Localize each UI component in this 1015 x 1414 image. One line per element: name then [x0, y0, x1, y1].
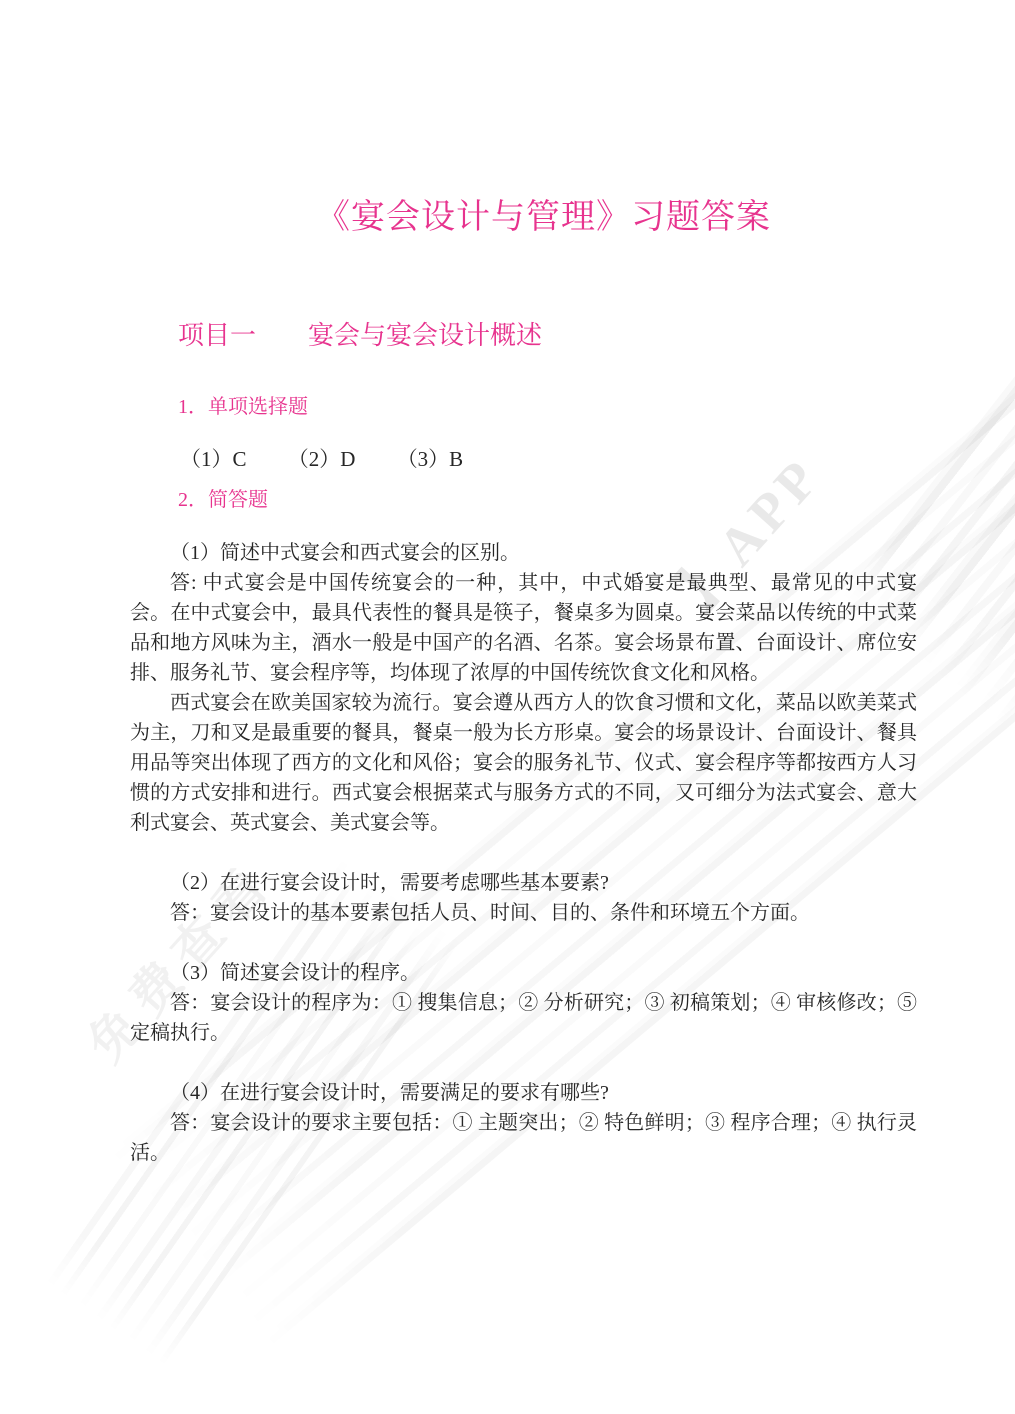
subsection-heading-short-answer: 2．简答题: [178, 486, 917, 514]
question-1: （1）简述中式宴会和西式宴会的区别。: [130, 538, 917, 568]
answer-4: 答：宴会设计的要求主要包括：① 主题突出；② 特色鲜明；③ 程序合理；④ 执行灵…: [130, 1108, 917, 1168]
choice-answer-2: （2）D: [288, 444, 356, 474]
document-content: 《宴会设计与管理》习题答案 项目一 宴会与宴会设计概述 1．单项选择题 （1）C…: [130, 0, 917, 1168]
question-3: （3）简述宴会设计的程序。: [130, 958, 917, 988]
section-heading-project-1: 项目一 宴会与宴会设计概述: [178, 318, 917, 354]
answer-3: 答：宴会设计的程序为：① 搜集信息；② 分析研究；③ 初稿策划；④ 审核修改；⑤…: [130, 988, 917, 1048]
choice-answers-row: （1）C （2）D （3）B: [180, 444, 917, 474]
answer-1-paragraph-1: 答: 中式宴会是中国传统宴会的一种，其中，中式婚宴是最典型、最常见的中式宴会。在…: [130, 568, 917, 688]
question-2: （2）在进行宴会设计时，需要考虑哪些基本要素?: [130, 868, 917, 898]
answer-2: 答：宴会设计的基本要素包括人员、时间、目的、条件和环境五个方面。: [130, 898, 917, 928]
question-4: （4）在进行宴会设计时，需要满足的要求有哪些?: [130, 1078, 917, 1108]
answer-1-paragraph-2: 西式宴会在欧美国家较为流行。宴会遵从西方人的饮食习惯和文化，菜品以欧美菜式为主，…: [130, 688, 917, 838]
document-page: 免费查看 】APP 《宴会设计与管理》习题答案 项目一 宴会与宴会设计概述 1．…: [0, 0, 1015, 1414]
choice-answer-1: （1）C: [180, 444, 247, 474]
document-title: 《宴会设计与管理》习题答案: [130, 195, 917, 241]
subsection-heading-single-choice: 1．单项选择题: [178, 393, 917, 421]
choice-answer-3: （3）B: [397, 444, 464, 474]
